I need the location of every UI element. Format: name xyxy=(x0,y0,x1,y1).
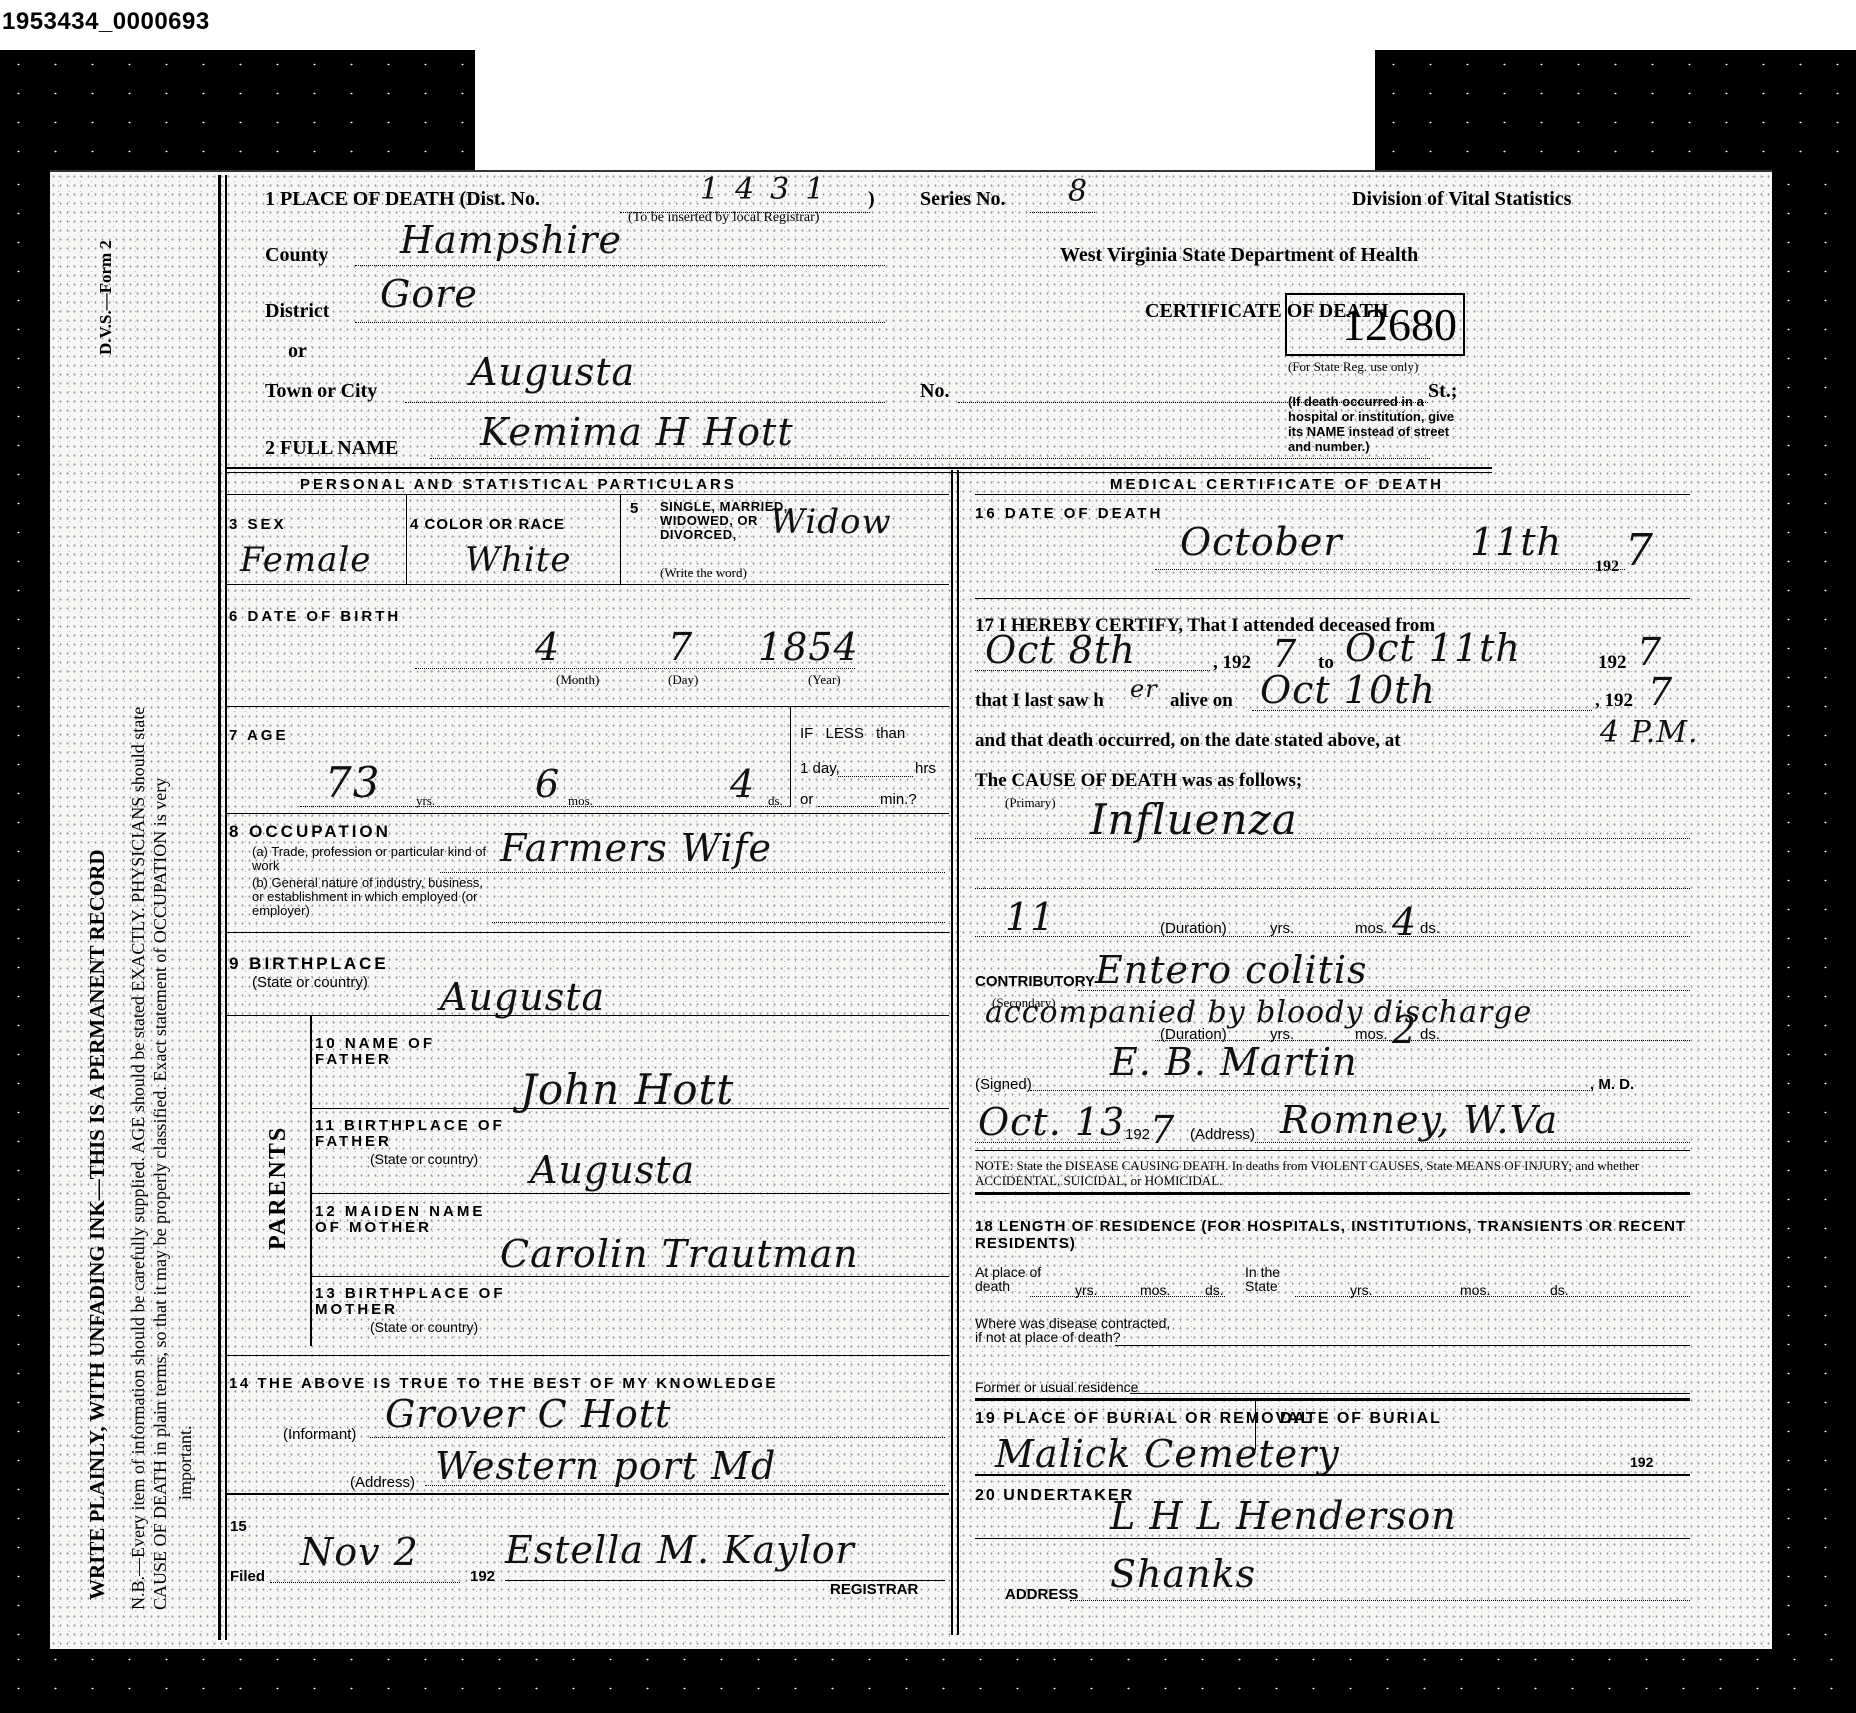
marital-number: 5 xyxy=(630,500,641,517)
last-saw-year: 7 xyxy=(1648,670,1673,714)
dob-year-label: (Year) xyxy=(808,672,841,688)
filed-date: Nov 2 xyxy=(300,1530,419,1574)
header-divider xyxy=(227,467,1492,469)
contributory-cause: Entero colitis xyxy=(1095,948,1368,992)
dod-year-prefix: 192 xyxy=(1595,558,1619,576)
county-line xyxy=(355,265,885,266)
filed-line xyxy=(270,1582,460,1583)
row-rule-1 xyxy=(227,584,949,585)
birthplace-note: (State or country) xyxy=(252,976,368,990)
in-state-ds: ds. xyxy=(1550,1283,1569,1297)
undertaker-address: Shanks xyxy=(1110,1552,1256,1596)
row-rule-5 xyxy=(227,1015,949,1016)
informant-line xyxy=(370,1437,945,1438)
dob-day: 7 xyxy=(668,625,693,669)
last-saw-year-prefix: , 192 xyxy=(1595,690,1633,712)
at-place-ds: ds. xyxy=(1205,1283,1224,1297)
birthplace-value: Augusta xyxy=(440,975,605,1019)
registrar-label: REGISTRAR xyxy=(830,1583,918,1597)
primary-label: (Primary) xyxy=(1005,795,1056,811)
attended-from: Oct 8th xyxy=(985,628,1136,672)
contributory-ds-label: ds. xyxy=(1420,1028,1440,1042)
margin-line-4: important. xyxy=(175,1426,196,1501)
occupation-b-line xyxy=(492,922,945,923)
center-divider xyxy=(951,470,953,1635)
at-place-yrs: yrs. xyxy=(1075,1283,1098,1297)
undertaker-address-line xyxy=(1070,1600,1690,1601)
scan-background-bottom xyxy=(0,1645,1856,1713)
mother-birthplace-note: (State or country) xyxy=(370,1320,478,1334)
personal-section-title: PERSONAL AND STATISTICAL PARTICULARS xyxy=(300,476,737,493)
sex-value: Female xyxy=(240,540,371,580)
father-birthplace-value: Augusta xyxy=(530,1148,695,1192)
parents-rule-1 xyxy=(312,1108,949,1109)
age-divider xyxy=(790,707,791,807)
burial-date-label: DATE OF BURIAL xyxy=(1280,1410,1442,1428)
center-divider-2 xyxy=(957,470,959,1635)
hospital-note: (If death occurred in a hospital or inst… xyxy=(1288,394,1468,454)
county-value: Hampshire xyxy=(400,218,622,262)
burial-label: 19 PLACE OF BURIAL OR REMOVAL xyxy=(975,1410,1312,1428)
physician-address: Romney, W.Va xyxy=(1280,1098,1558,1142)
series-value: 8 xyxy=(1068,174,1088,209)
town-value: Augusta xyxy=(470,350,635,394)
occupation-b: (b) General nature of industry, business… xyxy=(252,876,492,918)
age-months: 6 xyxy=(535,762,560,806)
dod-line xyxy=(1155,569,1625,570)
mother-birthplace-label: 13 BIRTHPLACE OF MOTHER xyxy=(315,1286,515,1318)
father-name-value: John Hott xyxy=(520,1065,734,1114)
scan-background-top-left xyxy=(0,50,475,175)
marital-value: Widow xyxy=(770,502,892,542)
informant-label: (Informant) xyxy=(283,1428,356,1442)
attended-to: Oct 11th xyxy=(1345,626,1521,670)
contracted-label: Where was disease contracted, if not at … xyxy=(975,1316,1175,1344)
primary-duration: 11 xyxy=(1005,895,1055,939)
contributory-mos-label: mos. xyxy=(1355,1028,1388,1042)
filed-year-prefix: 192 xyxy=(470,1570,495,1584)
contributory-label: CONTRIBUTORY xyxy=(975,975,1095,989)
primary-duration-label: (Duration) xyxy=(1160,922,1227,936)
former-residence-label: Former or usual residence xyxy=(975,1380,1138,1394)
file-id: 1953434_0000693 xyxy=(2,8,210,36)
main-left-border xyxy=(218,175,221,1640)
full-name-line xyxy=(430,458,1430,459)
scan-background-left xyxy=(0,170,50,1713)
dob-label: 6 DATE OF BIRTH xyxy=(229,608,401,625)
burial-year-prefix: 192 xyxy=(1630,1455,1653,1469)
alive-on-label: alive on xyxy=(1170,690,1233,712)
physician-signature: E. B. Martin xyxy=(1110,1040,1358,1084)
parents-label: PARENTS xyxy=(265,1126,292,1250)
county-label: County xyxy=(265,244,328,267)
informant-address-value: Western port Md xyxy=(435,1444,776,1488)
dod-month: October xyxy=(1180,520,1343,564)
contributory-duration-months: 2 xyxy=(1392,1008,1417,1052)
dist-no-value: 1431 xyxy=(700,172,840,207)
hrs-line xyxy=(838,776,913,777)
father-birthplace-label: 11 BIRTHPLACE OF FATHER xyxy=(315,1118,515,1150)
physician-address-label: (Address) xyxy=(1190,1128,1255,1142)
margin-line-3: CAUSE OF DEATH in plain terms, so that i… xyxy=(150,778,171,1610)
or-min-label: or xyxy=(800,793,813,807)
race-value: White xyxy=(465,540,572,580)
signed-rule xyxy=(975,1150,1690,1151)
filing-number: 15 xyxy=(230,1520,247,1534)
state-reg-note: (For State Reg. use only) xyxy=(1288,359,1418,375)
occupation-value: Farmers Wife xyxy=(500,826,772,870)
undertaker-address-label: ADDRESS xyxy=(1005,1588,1078,1602)
cause-text: The CAUSE OF DEATH was as follows; xyxy=(975,770,1302,792)
occupation-a-line xyxy=(440,872,945,873)
dob-month: 4 xyxy=(535,625,560,669)
street-no-label: No. xyxy=(920,380,949,403)
informant-statement: 14 THE ABOVE IS TRUE TO THE BEST OF MY K… xyxy=(229,1375,778,1392)
occupation-a: (a) Trade, profession or particular kind… xyxy=(252,845,492,873)
dod-year: 7 xyxy=(1625,525,1654,576)
death-time-text: and that death occurred, on the date sta… xyxy=(975,730,1401,752)
parents-rule-2 xyxy=(312,1193,949,1194)
min-label: min.? xyxy=(880,793,917,807)
row-rule-2 xyxy=(227,706,949,707)
physician-address-line xyxy=(1255,1142,1690,1143)
if-less-label: IF LESS than xyxy=(800,727,905,741)
row-rule-4 xyxy=(227,932,949,933)
parents-divider xyxy=(310,1016,312,1346)
occupation-label: 8 OCCUPATION xyxy=(229,822,391,842)
primary-line-2 xyxy=(975,888,1690,889)
signed-year-prefix: 192 xyxy=(1125,1128,1150,1142)
dod-label: 16 DATE OF DEATH xyxy=(975,505,1163,522)
contracted-line xyxy=(1115,1345,1690,1346)
age-yrs-label: yrs. xyxy=(416,793,435,809)
former-residence-line xyxy=(1130,1393,1690,1394)
filed-label: Filed xyxy=(230,1570,265,1584)
age-mos-label: mos. xyxy=(568,793,593,809)
birthplace-label: 9 BIRTHPLACE xyxy=(229,954,389,974)
series-line xyxy=(1030,212,1095,213)
primary-ds-label: ds. xyxy=(1420,922,1440,936)
department-title: West Virginia State Department of Health xyxy=(1060,244,1418,267)
primary-mos-label: mos. xyxy=(1355,922,1388,936)
age-years: 73 xyxy=(325,758,380,807)
race-marital-divider xyxy=(620,495,621,585)
dob-year: 1854 xyxy=(758,625,859,669)
attended-to-year-prefix: 192 xyxy=(1598,652,1627,674)
father-name-label: 10 NAME OF FATHER xyxy=(315,1036,465,1068)
at-place-mos: mos. xyxy=(1140,1283,1170,1297)
registrar-signature: Estella M. Kaylor xyxy=(505,1528,855,1572)
attended-to-year: 7 xyxy=(1637,630,1662,674)
min-line xyxy=(818,806,878,807)
mother-name-value: Carolin Trautman xyxy=(500,1232,859,1276)
death-time: 4 P.M. xyxy=(1600,715,1699,750)
signed-date: Oct. 13 xyxy=(978,1100,1125,1144)
registrar-note: (To be inserted by local Registrar) xyxy=(628,210,819,226)
mother-name-label: 12 MAIDEN NAME OF MOTHER xyxy=(315,1204,515,1236)
signed-year: 7 xyxy=(1150,1108,1175,1152)
medical-note: NOTE: State the DISEASE CAUSING DEATH. I… xyxy=(975,1158,1690,1188)
sex-race-divider xyxy=(406,495,407,585)
town-label: Town or City xyxy=(265,380,377,403)
father-birthplace-note: (State or country) xyxy=(370,1152,478,1166)
signed-label: (Signed) xyxy=(975,1078,1032,1092)
in-state-label: In the State xyxy=(1245,1265,1300,1293)
hrs-label: hrs xyxy=(915,762,936,776)
informant-rule xyxy=(227,1493,949,1495)
last-saw-pronoun: er xyxy=(1130,675,1158,703)
marital-note: (Write the word) xyxy=(660,565,747,581)
primary-cause: Influenza xyxy=(1090,795,1298,844)
header-divider-2 xyxy=(227,472,1492,473)
sex-label: 3 SEX xyxy=(229,516,287,533)
full-name-value: Kemima H Hott xyxy=(480,410,794,454)
dod-rule xyxy=(975,598,1690,599)
age-ds-label: ds. xyxy=(768,793,783,809)
street-line xyxy=(958,402,1428,403)
scan-background-right xyxy=(1770,170,1856,1713)
margin-line-2: N.B.—Every item of information should be… xyxy=(128,707,149,1610)
place-of-death-label: 1 PLACE OF DEATH (Dist. No. xyxy=(265,188,540,211)
dob-day-label: (Day) xyxy=(668,672,698,688)
dod-day: 11th xyxy=(1470,520,1562,564)
primary-yrs-label: yrs. xyxy=(1270,922,1294,936)
md-label: , M. D. xyxy=(1590,1078,1634,1092)
main-left-border-2 xyxy=(225,175,227,1640)
burial-place: Malick Cemetery xyxy=(995,1432,1340,1476)
street-st-label: St.; xyxy=(1428,380,1457,403)
primary-duration-days: 4 xyxy=(1392,900,1417,944)
district-line xyxy=(355,322,885,323)
dist-no-close: ) xyxy=(868,188,875,211)
informant-value: Grover C Hott xyxy=(385,1392,671,1436)
undertaker-value: L H L Henderson xyxy=(1110,1494,1457,1538)
full-name-label: 2 FULL NAME xyxy=(265,437,398,460)
signed-line xyxy=(1030,1090,1590,1091)
one-day-label: 1 day, xyxy=(800,762,840,776)
district-value: Gore xyxy=(380,272,478,316)
last-saw-text: that I last saw h xyxy=(975,690,1104,712)
informant-address-label: (Address) xyxy=(350,1476,415,1490)
or-label: or xyxy=(288,340,307,363)
in-state-yrs: yrs. xyxy=(1350,1283,1373,1297)
at-place-label: At place of death xyxy=(975,1265,1045,1293)
division-title: Division of Vital Statistics xyxy=(1352,188,1571,211)
certificate-number: 12680 xyxy=(1285,293,1465,356)
primary-duration-line xyxy=(975,936,1690,937)
parents-rule-3 xyxy=(312,1276,949,1277)
personal-title-rule xyxy=(227,494,949,495)
race-label: 4 COLOR OR RACE xyxy=(410,516,565,533)
at-place-line xyxy=(1030,1296,1225,1297)
medical-title-rule xyxy=(975,494,1690,495)
medical-section-title: MEDICAL CERTIFICATE OF DEATH xyxy=(1110,476,1444,493)
series-label: Series No. xyxy=(920,188,1006,211)
last-saw-date: Oct 10th xyxy=(1260,668,1436,712)
scan-background-top-right xyxy=(1375,50,1856,175)
attended-from-year-prefix: , 192 xyxy=(1213,652,1251,674)
parents-rule-4 xyxy=(227,1355,949,1356)
town-line xyxy=(405,402,885,403)
undertaker-line xyxy=(975,1538,1690,1539)
dob-month-label: (Month) xyxy=(556,672,599,688)
in-state-mos: mos. xyxy=(1460,1283,1490,1297)
former-residence-rule xyxy=(975,1398,1690,1401)
district-label: District xyxy=(265,300,329,323)
residence-label: 18 LENGTH OF RESIDENCE (FOR HOSPITALS, I… xyxy=(975,1218,1690,1252)
burial-rule xyxy=(975,1474,1690,1476)
primary-line xyxy=(975,838,1690,839)
note-rule xyxy=(975,1192,1690,1195)
age-days: 4 xyxy=(730,762,755,806)
margin-line-1: WRITE PLAINLY, WITH UNFADING INK—THIS IS… xyxy=(85,220,110,1600)
contributory-detail: accompanied by bloody discharge xyxy=(985,995,1532,1030)
age-label: 7 AGE xyxy=(229,727,288,744)
row-rule-3 xyxy=(227,813,949,814)
